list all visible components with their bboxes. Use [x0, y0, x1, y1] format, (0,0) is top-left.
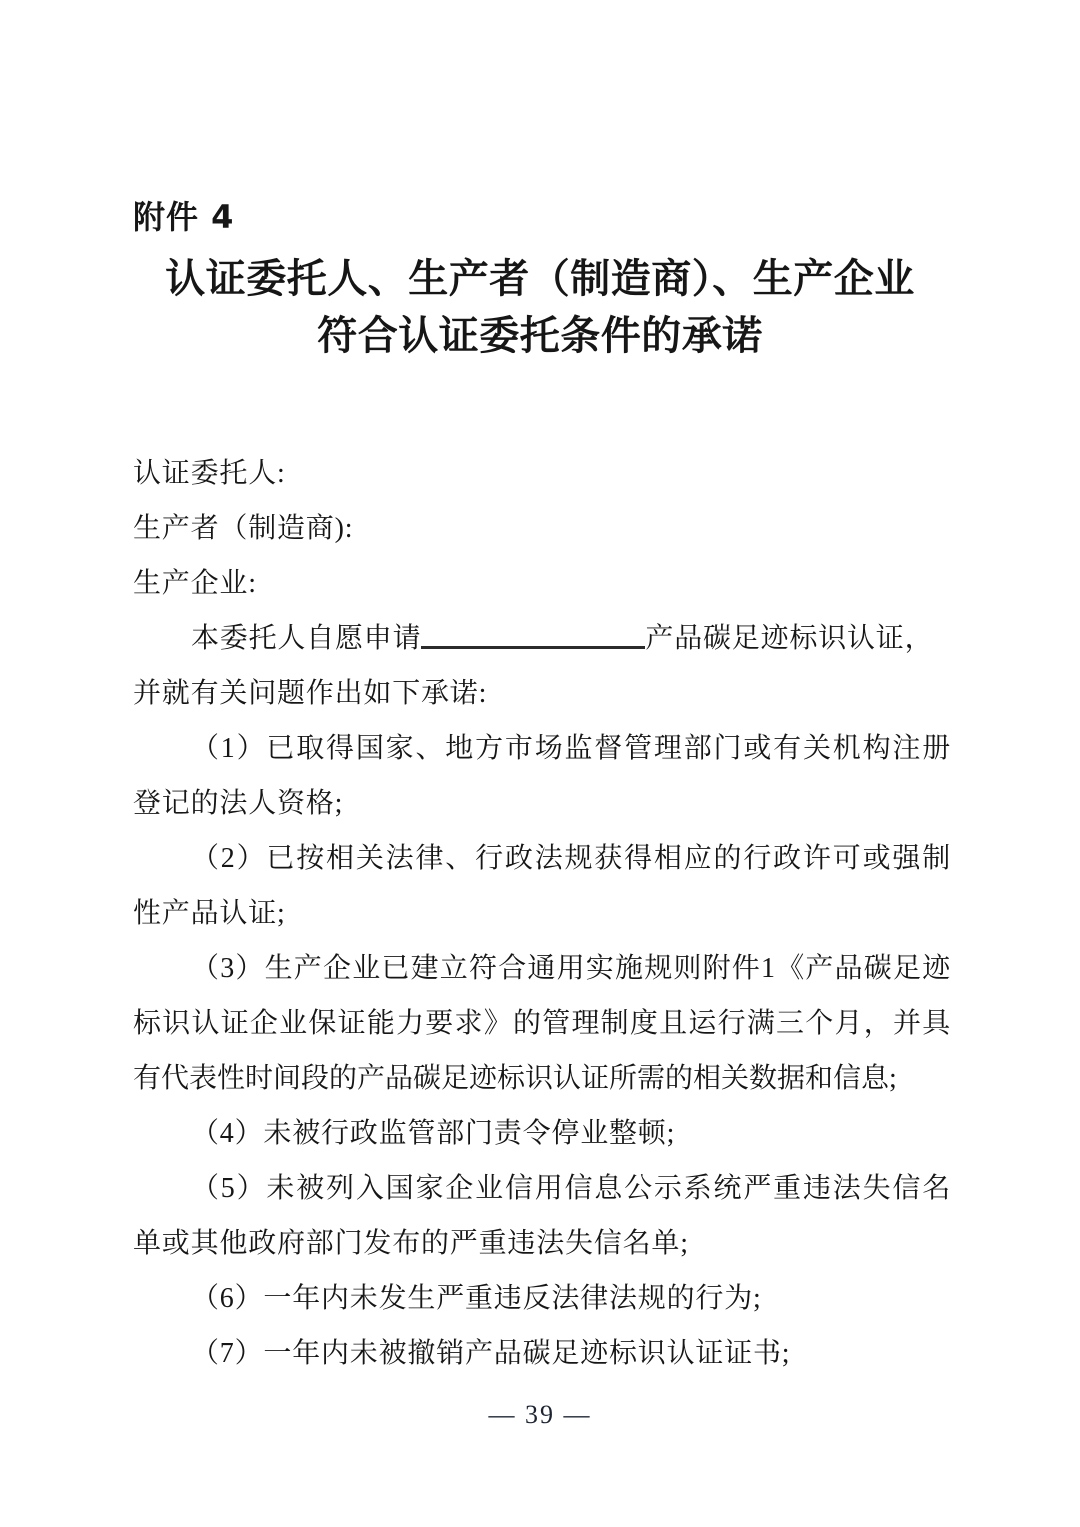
commitment-intro-line: 并就有关问题作出如下承诺: — [133, 666, 951, 721]
request-text-before-blank: 本委托人自愿申请 — [191, 623, 421, 654]
document-body: 认证委托人: 生产者（制造商): 生产企业: 本委托人自愿申请产品碳足迹标识认证… — [133, 446, 951, 1381]
document-page: 附件 4 认证委托人、生产者（制造商）、生产企业 符合认证委托条件的承诺 认证委… — [0, 0, 1080, 1527]
page-number: — 39 — — [0, 1400, 1080, 1430]
attachment-label: 附件 4 — [133, 192, 234, 238]
item-3-line-3: 有代表性时间段的产品碳足迹标识认证所需的相关数据和信息; — [133, 1051, 951, 1106]
item-2-line-2: 性产品认证; — [133, 886, 951, 941]
title-line-1: 认证委托人、生产者（制造商）、生产企业 — [0, 250, 1080, 307]
item-6-line: （6）一年内未发生严重违反法律法规的行为; — [133, 1271, 951, 1326]
request-line: 本委托人自愿申请产品碳足迹标识认证， — [133, 611, 951, 666]
applicant-field-label: 认证委托人: — [133, 446, 951, 501]
document-title: 认证委托人、生产者（制造商）、生产企业 符合认证委托条件的承诺 — [0, 250, 1080, 364]
producer-field-label: 生产者（制造商): — [133, 501, 951, 556]
fill-in-blank-underline — [421, 646, 645, 649]
title-line-2: 符合认证委托条件的承诺 — [0, 307, 1080, 364]
item-1-line-2: 登记的法人资格; — [133, 776, 951, 831]
item-2-line-1: （2）已按相关法律、行政法规获得相应的行政许可或强制 — [133, 831, 951, 886]
item-3-line-1: （3）生产企业已建立符合通用实施规则附件1《产品碳足迹 — [133, 941, 951, 996]
request-text-after-blank: 产品碳足迹标识认证， — [645, 623, 933, 654]
item-7-line: （7）一年内未被撤销产品碳足迹标识认证证书; — [133, 1326, 951, 1381]
item-3-line-2: 标识认证企业保证能力要求》的管理制度且运行满三个月，并具 — [133, 996, 951, 1051]
item-4-line: （4）未被行政监管部门责令停业整顿; — [133, 1106, 951, 1161]
item-5-line-2: 单或其他政府部门发布的严重违法失信名单; — [133, 1216, 951, 1271]
item-5-line-1: （5）未被列入国家企业信用信息公示系统严重违法失信名 — [133, 1161, 951, 1216]
item-1-line-1: （1）已取得国家、地方市场监督管理部门或有关机构注册 — [133, 721, 951, 776]
manufacturer-field-label: 生产企业: — [133, 556, 951, 611]
